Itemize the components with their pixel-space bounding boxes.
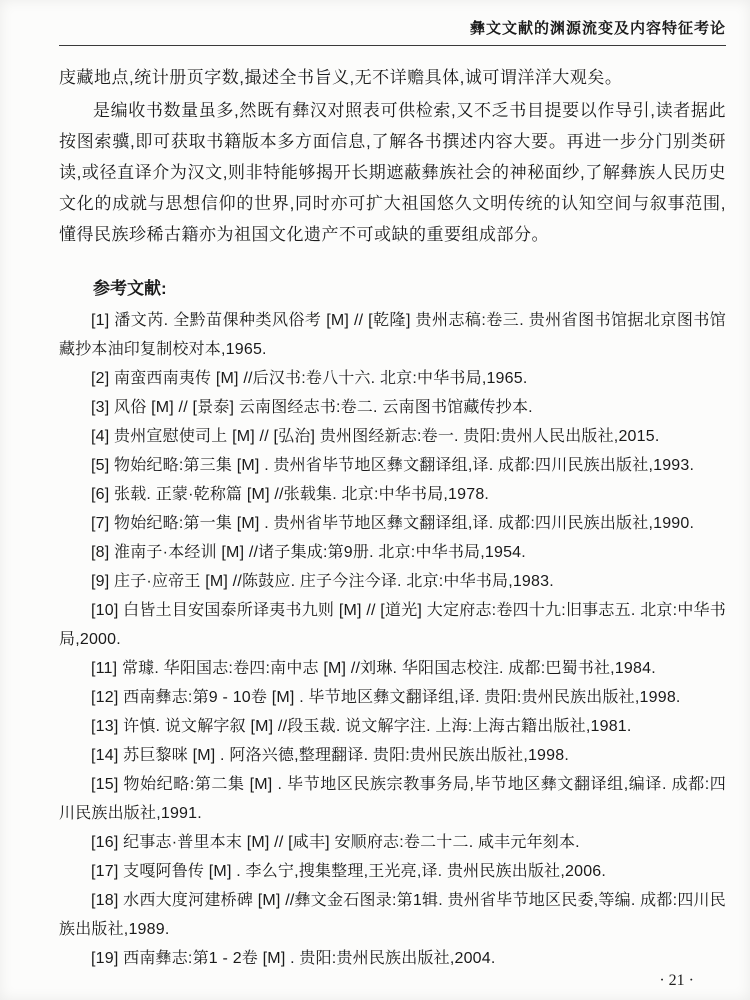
running-title: 彝文文献的渊源流变及内容特征考论 <box>59 20 726 38</box>
reference-item: [3] 风俗 [M] // [景泰] 云南图经志书:卷二. 云南图书馆藏传抄本. <box>59 393 726 422</box>
reference-item: [9] 庄子·应帝王 [M] //陈鼓应. 庄子今注今译. 北京:中华书局,19… <box>59 567 726 596</box>
reference-item: [4] 贵州宣慰使司上 [M] // [弘治] 贵州图经新志:卷一. 贵阳:贵州… <box>59 422 726 451</box>
reference-item: [8] 淮南子·本经训 [M] //诸子集成:第9册. 北京:中华书局,1954… <box>59 538 726 567</box>
reference-item: [13] 许慎. 说文解字叙 [M] //段玉裁. 说文解字注. 上海:上海古籍… <box>59 712 726 741</box>
reference-item: [1] 潘文芮. 全黔苗倮种类风俗考 [M] // [乾隆] 贵州志稿:卷三. … <box>59 306 726 364</box>
reference-item: [5] 物始纪略:第三集 [M] . 贵州省毕节地区彝文翻译组,译. 成都:四川… <box>59 451 726 480</box>
reference-list: [1] 潘文芮. 全黔苗倮种类风俗考 [M] // [乾隆] 贵州志稿:卷三. … <box>59 306 726 973</box>
body-paragraph: 是编收书数量虽多,然既有彝汉对照表可供检索,又不乏书目提要以作导引,读者据此按图… <box>59 95 726 250</box>
document-page: 彝文文献的渊源流变及内容特征考论 庋藏地点,统计册页字数,撮述全书旨义,无不详赡… <box>0 0 750 1000</box>
reference-item: [17] 支嘎阿鲁传 [M] . 李么宁,搜集整理,王光亮,译. 贵州民族出版社… <box>59 857 726 886</box>
reference-item: [10] 白皆土目安国泰所译夷书九则 [M] // [道光] 大定府志:卷四十九… <box>59 596 726 654</box>
reference-item: [12] 西南彝志:第9 - 10卷 [M] . 毕节地区彝文翻译组,译. 贵阳… <box>59 683 726 712</box>
reference-item: [11] 常璩. 华阳国志:卷四:南中志 [M] //刘琳. 华阳国志校注. 成… <box>59 654 726 683</box>
reference-item: [6] 张载. 正蒙·乾称篇 [M] //张载集. 北京:中华书局,1978. <box>59 480 726 509</box>
reference-item: [14] 苏巨黎咪 [M] . 阿洛兴德,整理翻译. 贵阳:贵州民族出版社,19… <box>59 741 726 770</box>
reference-item: [19] 西南彝志:第1 - 2卷 [M] . 贵阳:贵州民族出版社,2004. <box>59 944 726 973</box>
page-number: · 21 · <box>659 972 694 990</box>
reference-item: [7] 物始纪略:第一集 [M] . 贵州省毕节地区彝文翻译组,译. 成都:四川… <box>59 509 726 538</box>
body-paragraph-continuation: 庋藏地点,统计册页字数,撮述全书旨义,无不详赡具体,诚可谓洋洋大观矣。 <box>59 62 726 93</box>
reference-item: [2] 南蛮西南夷传 [M] //后汉书:卷八十六. 北京:中华书局,1965. <box>59 364 726 393</box>
references-heading: 参考文献: <box>59 279 726 299</box>
reference-item: [16] 纪事志·普里本末 [M] // [咸丰] 安顺府志:卷二十二. 咸丰元… <box>59 828 726 857</box>
reference-item: [15] 物始纪略:第二集 [M] . 毕节地区民族宗教事务局,毕节地区彝文翻译… <box>59 770 726 828</box>
reference-item: [18] 水西大度河建桥碑 [M] //彝文金石图录:第1辑. 贵州省毕节地区民… <box>59 886 726 944</box>
page-body: 庋藏地点,统计册页字数,撮述全书旨义,无不详赡具体,诚可谓洋洋大观矣。 是编收书… <box>59 62 726 973</box>
header-rule <box>59 45 726 46</box>
page-header: 彝文文献的渊源流变及内容特征考论 <box>59 20 726 46</box>
